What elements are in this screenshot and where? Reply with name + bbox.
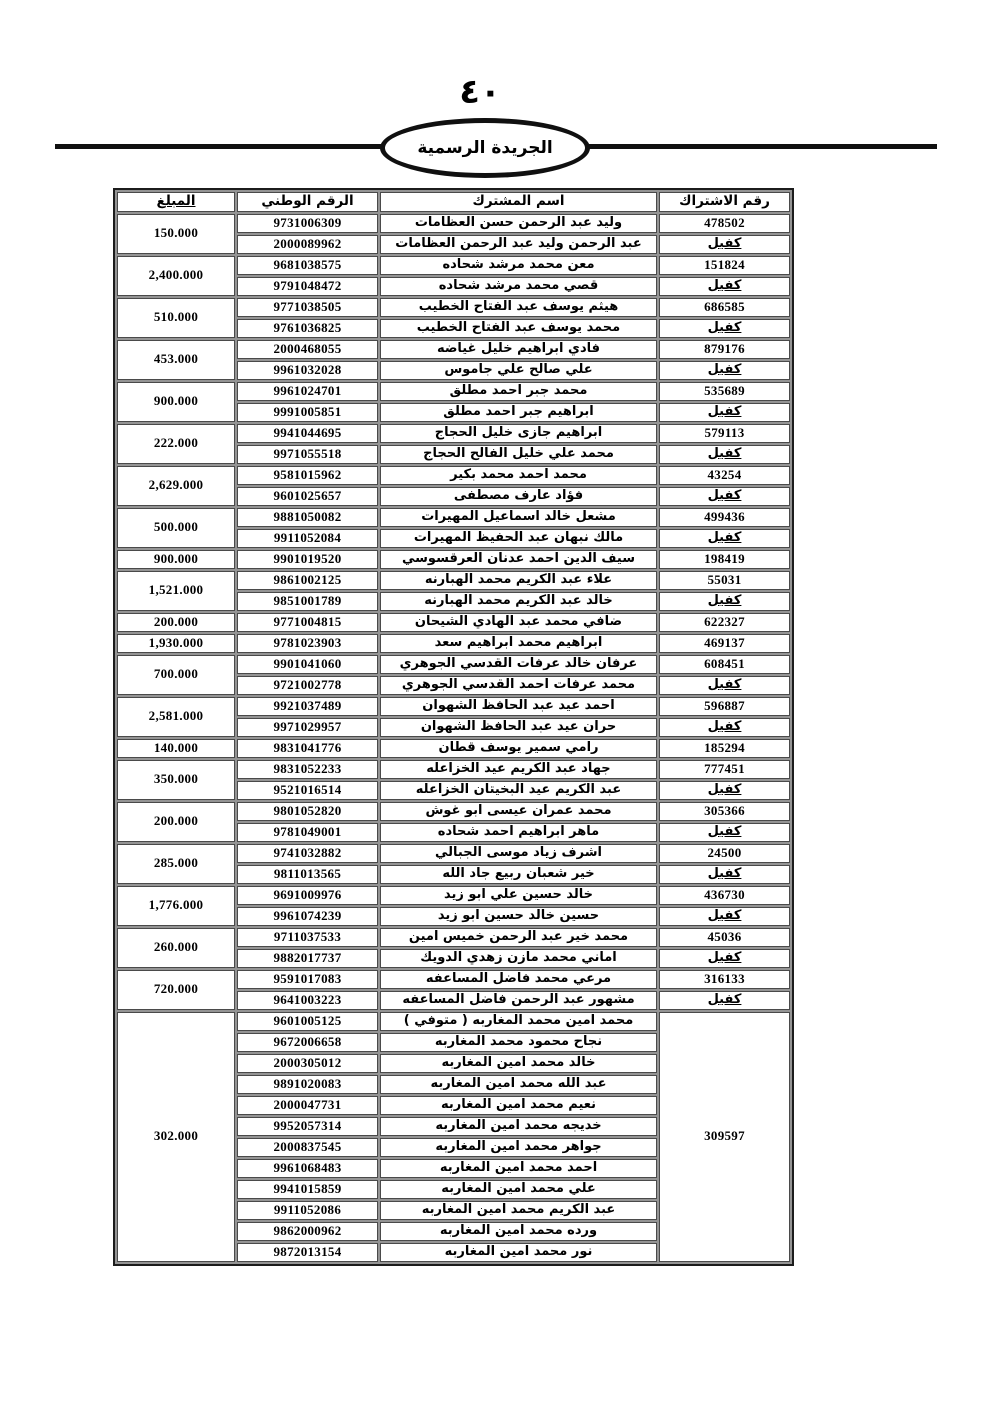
subscriber-name-cell: احمد عيد عبد الحافظ الشهوان xyxy=(380,697,657,716)
amount-cell: 140.000 xyxy=(117,739,235,758)
subscription-number-cell: 777451 xyxy=(659,760,790,779)
amount-cell: 350.000 xyxy=(117,760,235,800)
national-id-cell: 9862000962 xyxy=(237,1222,378,1241)
subscription-number-cell: 686585 xyxy=(659,298,790,317)
amount-cell: 222.000 xyxy=(117,424,235,464)
national-id-cell: 9711037533 xyxy=(237,928,378,947)
subscription-number-cell: كفيل xyxy=(659,235,790,254)
subscriber-name-cell: اماني محمد مازن زهدي الدويك xyxy=(380,949,657,968)
amount-cell: 453.000 xyxy=(117,340,235,380)
amount-cell: 2,400.000 xyxy=(117,256,235,296)
national-id-cell: 9861002125 xyxy=(237,571,378,590)
subscriber-name-cell: علي صالح علي جاموس xyxy=(380,361,657,380)
header-amount: المبلغ xyxy=(117,192,235,212)
subscriber-name-cell: عبد الكريم محمد امين المغاربه xyxy=(380,1201,657,1220)
subscriber-name-cell: وليد عبد الرحمن حسن العظامات xyxy=(380,214,657,233)
national-id-cell: 9781023903 xyxy=(237,634,378,653)
gazette-banner-ellipse: الجريدة الرسمية xyxy=(380,118,590,178)
header-national-id: الرقم الوطني xyxy=(237,192,378,212)
subscriber-name-cell: محمد علي خليل الفالح الحجاج xyxy=(380,445,657,464)
amount-cell: 1,521.000 xyxy=(117,571,235,611)
subscriber-name-cell: ابراهيم جبر احمد مطلق xyxy=(380,403,657,422)
table-row: 436730خالد حسين علي ابو زيد96910099761,7… xyxy=(117,886,790,905)
national-id-cell: 9601005125 xyxy=(237,1012,378,1031)
national-id-cell: 9691009976 xyxy=(237,886,378,905)
national-id-cell: 2000089962 xyxy=(237,235,378,254)
table-row: 622327ضافي محمد عبد الهادي الشيحان977100… xyxy=(117,613,790,632)
subscription-number-cell: 879176 xyxy=(659,340,790,359)
subscriber-name-cell: محمد امين محمد المغاربه ( متوفي ) xyxy=(380,1012,657,1031)
amount-cell: 700.000 xyxy=(117,655,235,695)
national-id-cell: 9591017083 xyxy=(237,970,378,989)
national-id-cell: 2000468055 xyxy=(237,340,378,359)
subscription-number-cell: كفيل xyxy=(659,781,790,800)
national-id-cell: 9741032882 xyxy=(237,844,378,863)
subscriber-name-cell: محمد عرفات احمد القدسي الجوهري xyxy=(380,676,657,695)
subscriber-name-cell: نجاح محمود محمد المغاربه xyxy=(380,1033,657,1052)
national-id-cell: 9641003223 xyxy=(237,991,378,1010)
subscription-number-cell: 185294 xyxy=(659,739,790,758)
subscriber-name-cell: مرعي محمد فاضل المساعفه xyxy=(380,970,657,989)
subscription-number-cell: كفيل xyxy=(659,991,790,1010)
subscription-number-cell: كفيل xyxy=(659,319,790,338)
national-id-cell: 9831052233 xyxy=(237,760,378,779)
national-id-cell: 9901019520 xyxy=(237,550,378,569)
subscription-number-cell: كفيل xyxy=(659,676,790,695)
table-row: 151824معن محمد مرشد شحاده96810385752,400… xyxy=(117,256,790,275)
national-id-cell: 2000837545 xyxy=(237,1138,378,1157)
subscription-number-cell: 55031 xyxy=(659,571,790,590)
national-id-cell: 9521016514 xyxy=(237,781,378,800)
subscribers-table-body: 478502وليد عبد الرحمن حسن العظامات973100… xyxy=(117,214,790,1262)
subscriber-name-cell: ابراهيم محمد ابراهيم سعد xyxy=(380,634,657,653)
table-row: 686585هيثم يوسف عبد الفتاح الخطيب9771038… xyxy=(117,298,790,317)
national-id-cell: 9601025657 xyxy=(237,487,378,506)
subscriber-name-cell: نور محمد امين المغاربه xyxy=(380,1243,657,1262)
subscription-number-cell: 622327 xyxy=(659,613,790,632)
table-row: 185294رامي سمير يوسف قطان9831041776140.0… xyxy=(117,739,790,758)
table-row: 24500اشرف زياد موسى الجبالي9741032882285… xyxy=(117,844,790,863)
subscription-number-cell: كفيل xyxy=(659,277,790,296)
table-row: 55031علاء عبد الكريم محمد الهبارنه986100… xyxy=(117,571,790,590)
subscriber-name-cell: معن محمد مرشد شحاده xyxy=(380,256,657,275)
amount-cell: 150.000 xyxy=(117,214,235,254)
gazette-banner-title: الجريدة الرسمية xyxy=(417,138,552,158)
amount-cell: 1,930.000 xyxy=(117,634,235,653)
subscription-number-cell: 309597 xyxy=(659,1012,790,1262)
subscriber-name-cell: جهاد عبد الكريم عيد الخزاعله xyxy=(380,760,657,779)
national-id-cell: 9991005851 xyxy=(237,403,378,422)
national-id-cell: 9831041776 xyxy=(237,739,378,758)
amount-cell: 1,776.000 xyxy=(117,886,235,926)
table-row: 777451جهاد عبد الكريم عيد الخزاعله983105… xyxy=(117,760,790,779)
subscription-number-cell: كفيل xyxy=(659,718,790,737)
table-row: 469137ابراهيم محمد ابراهيم سعد9781023903… xyxy=(117,634,790,653)
subscriber-name-cell: مشهور عبد الرحمن فاضل المساعفه xyxy=(380,991,657,1010)
amount-cell: 510.000 xyxy=(117,298,235,338)
subscribers-table-container: رقم الاشتراك اسم المشترك الرقم الوطني ال… xyxy=(113,188,794,1266)
national-id-cell: 9952057314 xyxy=(237,1117,378,1136)
amount-cell: 200.000 xyxy=(117,613,235,632)
table-row: 45036محمد خير عبد الرحمن خميس امين971103… xyxy=(117,928,790,947)
table-row: 579113ابراهيم جازى خليل الحجاج9941044695… xyxy=(117,424,790,443)
national-id-cell: 9901041060 xyxy=(237,655,378,674)
table-row: 478502وليد عبد الرحمن حسن العظامات973100… xyxy=(117,214,790,233)
subscriber-name-cell: ورده محمد امين المغاربه xyxy=(380,1222,657,1241)
subscriber-name-cell: محمد خير عبد الرحمن خميس امين xyxy=(380,928,657,947)
subscriber-name-cell: هيثم يوسف عبد الفتاح الخطيب xyxy=(380,298,657,317)
subscription-number-cell: كفيل xyxy=(659,865,790,884)
subscriber-name-cell: قصي محمد مرشد شحاده xyxy=(380,277,657,296)
subscriber-name-cell: اشرف زياد موسى الجبالي xyxy=(380,844,657,863)
subscriber-name-cell: عبد الرحمن وليد عبد الرحمن العظامات xyxy=(380,235,657,254)
page-number: ٤٠ xyxy=(0,72,960,112)
national-id-cell: 9971055518 xyxy=(237,445,378,464)
subscription-number-cell: كفيل xyxy=(659,487,790,506)
subscriber-name-cell: رامي سمير يوسف قطان xyxy=(380,739,657,758)
amount-cell: 200.000 xyxy=(117,802,235,842)
subscription-number-cell: كفيل xyxy=(659,823,790,842)
table-row: 879176فادي ابراهيم خليل غياضه20004680554… xyxy=(117,340,790,359)
subscriber-name-cell: ابراهيم جازى خليل الحجاج xyxy=(380,424,657,443)
national-id-cell: 9882017737 xyxy=(237,949,378,968)
subscriber-name-cell: علي محمد امين المغاربه xyxy=(380,1180,657,1199)
subscription-number-cell: 499436 xyxy=(659,508,790,527)
table-row: 316133مرعي محمد فاضل المساعفه95910170837… xyxy=(117,970,790,989)
national-id-cell: 9872013154 xyxy=(237,1243,378,1262)
national-id-cell: 9961032028 xyxy=(237,361,378,380)
amount-cell: 900.000 xyxy=(117,382,235,422)
subscriber-name-cell: عرفان خالد عرفات القدسي الجوهري xyxy=(380,655,657,674)
subscriber-name-cell: عبد الله محمد امين المغاربه xyxy=(380,1075,657,1094)
subscription-number-cell: 596887 xyxy=(659,697,790,716)
subscriber-name-cell: خالد عبد الكريم محمد الهبارنه xyxy=(380,592,657,611)
subscriber-name-cell: خالد حسين علي ابو زيد xyxy=(380,886,657,905)
national-id-cell: 9581015962 xyxy=(237,466,378,485)
subscriber-name-cell: نعيم محمد امين المغاربه xyxy=(380,1096,657,1115)
subscriber-name-cell: محمد عمران عيسى ابو غوش xyxy=(380,802,657,821)
subscription-number-cell: 469137 xyxy=(659,634,790,653)
national-id-cell: 9811013565 xyxy=(237,865,378,884)
national-id-cell: 9961074239 xyxy=(237,907,378,926)
national-id-cell: 9941015859 xyxy=(237,1180,378,1199)
national-id-cell: 9791048472 xyxy=(237,277,378,296)
subscriber-name-cell: خير شعبان ربيع جاد الله xyxy=(380,865,657,884)
amount-cell: 260.000 xyxy=(117,928,235,968)
amount-cell: 285.000 xyxy=(117,844,235,884)
subscription-number-cell: 579113 xyxy=(659,424,790,443)
table-row: 499436مشعل خالد اسماعيل المهيرات98810500… xyxy=(117,508,790,527)
national-id-cell: 9961024701 xyxy=(237,382,378,401)
subscriber-name-cell: مشعل خالد اسماعيل المهيرات xyxy=(380,508,657,527)
subscription-number-cell: كفيل xyxy=(659,949,790,968)
subscription-number-cell: 24500 xyxy=(659,844,790,863)
national-id-cell: 9771038505 xyxy=(237,298,378,317)
subscriber-name-cell: فادي ابراهيم خليل غياضه xyxy=(380,340,657,359)
national-id-cell: 9911052086 xyxy=(237,1201,378,1220)
subscription-number-cell: 436730 xyxy=(659,886,790,905)
subscription-number-cell: 305366 xyxy=(659,802,790,821)
table-row: 608451عرفان خالد عرفات القدسي الجوهري990… xyxy=(117,655,790,674)
national-id-cell: 9771004815 xyxy=(237,613,378,632)
table-header-row: رقم الاشتراك اسم المشترك الرقم الوطني ال… xyxy=(117,192,790,212)
amount-cell: 720.000 xyxy=(117,970,235,1010)
amount-cell: 302.000 xyxy=(117,1012,235,1262)
table-row: 43254محمد احمد محمد بكير95810159622,629.… xyxy=(117,466,790,485)
national-id-cell: 9971029957 xyxy=(237,718,378,737)
amount-cell: 2,629.000 xyxy=(117,466,235,506)
national-id-cell: 9921037489 xyxy=(237,697,378,716)
amount-cell: 500.000 xyxy=(117,508,235,548)
subscriber-name-cell: ضافي محمد عبد الهادي الشيحان xyxy=(380,613,657,632)
subscriber-name-cell: مالك نبهان عبد الحفيظ المهيرات xyxy=(380,529,657,548)
table-row: 309597محمد امين محمد المغاربه ( متوفي )9… xyxy=(117,1012,790,1031)
national-id-cell: 9851001789 xyxy=(237,592,378,611)
national-id-cell: 9801052820 xyxy=(237,802,378,821)
subscriber-name-cell: خديجه محمد امين المغاربه xyxy=(380,1117,657,1136)
subscription-number-cell: 608451 xyxy=(659,655,790,674)
subscriber-name-cell: احمد محمد امين المغاربه xyxy=(380,1159,657,1178)
subscription-number-cell: 151824 xyxy=(659,256,790,275)
table-row: 535689محمد جبر احمد مطلق9961024701900.00… xyxy=(117,382,790,401)
subscriber-name-cell: محمد يوسف عبد الفتاح الخطيب xyxy=(380,319,657,338)
subscriber-name-cell: جواهر محمد امين المغاربه xyxy=(380,1138,657,1157)
national-id-cell: 9961068483 xyxy=(237,1159,378,1178)
table-row: 305366محمد عمران عيسى ابو غوش98010528202… xyxy=(117,802,790,821)
subscriber-name-cell: ماهر ابراهيم احمد شحاده xyxy=(380,823,657,842)
subscription-number-cell: 43254 xyxy=(659,466,790,485)
table-row: 596887احمد عيد عبد الحافظ الشهوان9921037… xyxy=(117,697,790,716)
subscriber-name-cell: خالد محمد امين المغاربه xyxy=(380,1054,657,1073)
national-id-cell: 9672006658 xyxy=(237,1033,378,1052)
subscriber-name-cell: علاء عبد الكريم محمد الهبارنه xyxy=(380,571,657,590)
subscription-number-cell: 478502 xyxy=(659,214,790,233)
subscriber-name-cell: حسين خالد حسين ابو زيد xyxy=(380,907,657,926)
subscriber-name-cell: محمد جبر احمد مطلق xyxy=(380,382,657,401)
subscriber-name-cell: فؤاد عارف مصطفى xyxy=(380,487,657,506)
national-id-cell: 2000047731 xyxy=(237,1096,378,1115)
subscribers-table: رقم الاشتراك اسم المشترك الرقم الوطني ال… xyxy=(113,188,794,1266)
national-id-cell: 9781049001 xyxy=(237,823,378,842)
subscription-number-cell: 45036 xyxy=(659,928,790,947)
national-id-cell: 9721002778 xyxy=(237,676,378,695)
subscription-number-cell: 535689 xyxy=(659,382,790,401)
subscription-number-cell: كفيل xyxy=(659,907,790,926)
national-id-cell: 9941044695 xyxy=(237,424,378,443)
subscriber-name-cell: محمد احمد محمد بكير xyxy=(380,466,657,485)
national-id-cell: 9681038575 xyxy=(237,256,378,275)
national-id-cell: 9891020083 xyxy=(237,1075,378,1094)
subscription-number-cell: كفيل xyxy=(659,403,790,422)
table-row: 198419سيف الدين احمد عدنان العرقسوسي9901… xyxy=(117,550,790,569)
amount-cell: 900.000 xyxy=(117,550,235,569)
header-subscriber-name: اسم المشترك xyxy=(380,192,657,212)
subscription-number-cell: 316133 xyxy=(659,970,790,989)
national-id-cell: 9761036825 xyxy=(237,319,378,338)
subscription-number-cell: كفيل xyxy=(659,529,790,548)
gazette-page: { "page": { "number_arabic": "٤٠", "bann… xyxy=(0,0,1000,1414)
national-id-cell: 2000305012 xyxy=(237,1054,378,1073)
subscription-number-cell: كفيل xyxy=(659,361,790,380)
subscriber-name-cell: سيف الدين احمد عدنان العرقسوسي xyxy=(380,550,657,569)
subscriber-name-cell: عبد الكريم عيد البخيتان الخزاعله xyxy=(380,781,657,800)
subscription-number-cell: 198419 xyxy=(659,550,790,569)
subscriber-name-cell: حران عيد عبد الحافظ الشهوان xyxy=(380,718,657,737)
header-subscription-number: رقم الاشتراك xyxy=(659,192,790,212)
amount-cell: 2,581.000 xyxy=(117,697,235,737)
national-id-cell: 9731006309 xyxy=(237,214,378,233)
national-id-cell: 9911052084 xyxy=(237,529,378,548)
subscription-number-cell: كفيل xyxy=(659,445,790,464)
subscription-number-cell: كفيل xyxy=(659,592,790,611)
national-id-cell: 9881050082 xyxy=(237,508,378,527)
